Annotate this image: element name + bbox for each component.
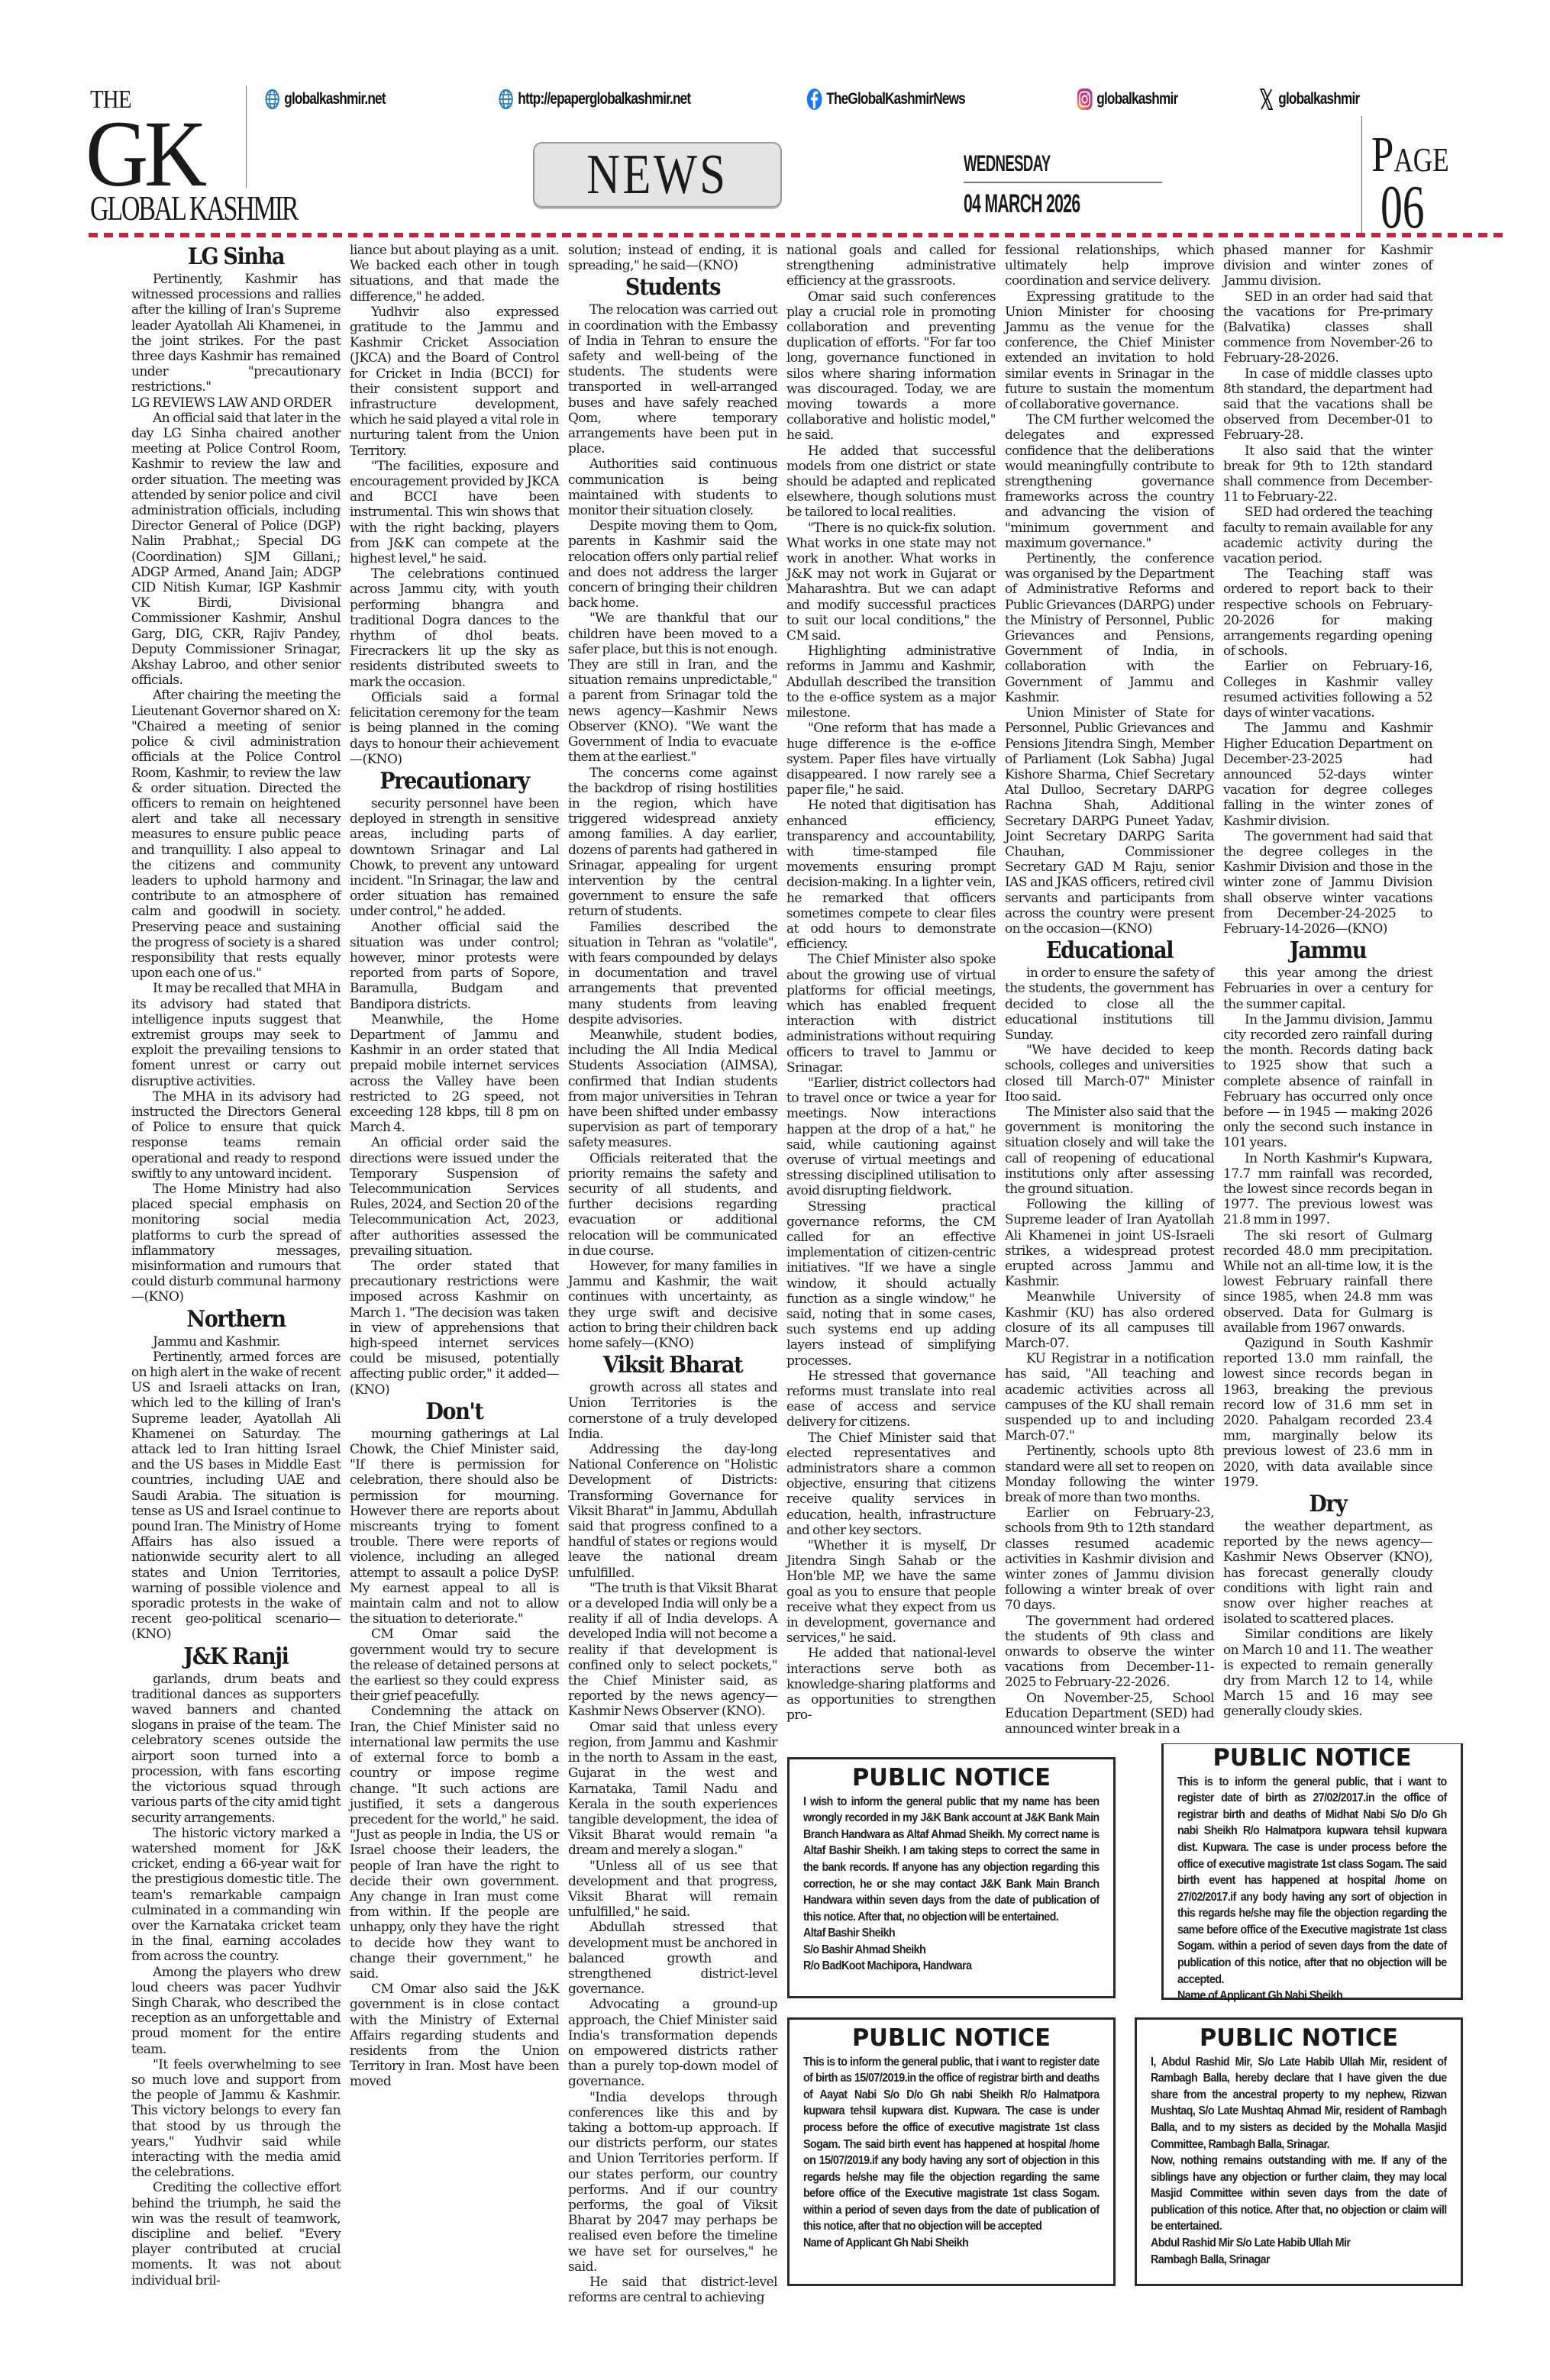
facebook-icon xyxy=(806,88,822,111)
paragraph: He said that district-level reforms are … xyxy=(568,2275,777,2305)
column-5: fessional relationships, which ultimatel… xyxy=(1005,243,1214,1737)
headline-dont: Don't xyxy=(360,1399,549,1425)
column-3: solution; instead of ending, it is sprea… xyxy=(568,243,777,2305)
paragraph: Following the killing of Supreme leader … xyxy=(1005,1197,1214,1289)
date-block: WEDNESDAY 04 MARCH 2026 xyxy=(964,151,1162,219)
facebook-link[interactable]: TheGlobalKashmirNews xyxy=(806,88,965,111)
paragraph: liance but about playing as a unit. We b… xyxy=(350,243,559,305)
x-label: globalkashmir xyxy=(1278,90,1359,108)
epaper-label: http://epaperglobalkashmir.net xyxy=(518,90,690,108)
paragraph: SED had ordered the teaching faculty to … xyxy=(1223,505,1432,566)
subhead: LG REVIEWS LAW AND ORDER xyxy=(131,395,341,411)
paragraph: The Chief Minister said that elected rep… xyxy=(786,1430,996,1538)
headline-jammu: Jammu xyxy=(1234,938,1422,964)
headline-lg-sinha: LG Sinha xyxy=(142,244,331,270)
paragraph: Union Minister of State for Personnel, P… xyxy=(1005,705,1214,937)
paragraph: solution; instead of ending, it is sprea… xyxy=(568,243,777,273)
paragraph: "The truth is that Viksit Bharat or a de… xyxy=(568,1581,777,1720)
paragraph: SED in an order had said that the vacati… xyxy=(1223,289,1432,366)
notice-signature: R/o BadKoot Machipora, Handwara xyxy=(803,1958,1100,1975)
paragraph: Stressing practical governance reforms, … xyxy=(786,1199,996,1369)
notice-signature: Rambagh Balla, Srinagar xyxy=(1151,2252,1447,2269)
paragraph: "India develops through conferences like… xyxy=(568,2090,777,2275)
paragraph: The concerns come against the backdrop o… xyxy=(568,766,777,920)
paragraph: Families described the situation in Tehr… xyxy=(568,920,777,1027)
column-1: LG Sinha Pertinently, Kashmir has witnes… xyxy=(131,243,341,2288)
paragraph: "It feels overwhelming to see so much lo… xyxy=(131,2057,341,2181)
paragraph: In the Jammu division, Jammu city record… xyxy=(1223,1012,1432,1151)
paragraph: Condemning the attack on Iran, the Chief… xyxy=(350,1704,559,1982)
paragraph: CM Omar said the government would try to… xyxy=(350,1627,559,1704)
paragraph: "The facilities, exposure and encouragem… xyxy=(350,459,559,566)
notice-body: I wish to inform the general public that… xyxy=(803,1794,1100,1926)
column-2: liance but about playing as a unit. We b… xyxy=(350,243,559,2090)
paragraph: Addressing the day-long National Confere… xyxy=(568,1442,777,1581)
paragraph: Earlier on February-23, schools from 9th… xyxy=(1005,1505,1214,1613)
section-badge: NEWS xyxy=(533,142,782,208)
paragraph: Officials reiterated that the priority r… xyxy=(568,1151,777,1259)
paragraph: The government had said that the degree … xyxy=(1223,829,1432,937)
weekday: WEDNESDAY xyxy=(964,151,1051,177)
paragraph: Pertinently, schools upto 8th standard w… xyxy=(1005,1443,1214,1505)
paragraph: Despite moving them to Qom, parents in K… xyxy=(568,518,777,611)
paragraph: this year among the driest Februaries in… xyxy=(1223,966,1432,1012)
paragraph: Omar said that unless every region, from… xyxy=(568,1720,777,1859)
paragraph: Pertinently, the conference was organise… xyxy=(1005,551,1214,705)
paragraph: Advocating a ground-up approach, the Chi… xyxy=(568,1997,777,2089)
paragraph: The Teaching staff was ordered to report… xyxy=(1223,566,1432,659)
paragraph: security personnel have been deployed in… xyxy=(350,796,559,920)
paragraph: The order stated that precautionary rest… xyxy=(350,1259,559,1398)
paragraph: However, for many families in Jammu and … xyxy=(568,1259,777,1351)
paragraph: Pertinently, armed forces are on high al… xyxy=(131,1350,341,1643)
paragraph: The Minister also said that the governme… xyxy=(1005,1105,1214,1197)
paragraph: An official said that later in the day L… xyxy=(131,411,341,689)
paragraph: "One reform that has made a huge differe… xyxy=(786,721,996,798)
section-label: NEWS xyxy=(586,147,728,203)
paragraph: Meanwhile, student bodies, including the… xyxy=(568,1027,777,1151)
notice-title: PUBLIC NOTICE xyxy=(806,2026,1096,2051)
paragraph: After chairing the meeting the Lieutenan… xyxy=(131,688,341,981)
paragraph: He noted that digitisation has enhanced … xyxy=(786,798,996,952)
paragraph: It may be recalled that MHA in its advis… xyxy=(131,981,341,1088)
notice-signature: Altaf Bashir Sheikh xyxy=(803,1925,1100,1942)
page-label: PAGE xyxy=(1371,130,1449,180)
paragraph: Pertinently, Kashmir has witnessed proce… xyxy=(131,272,341,395)
paragraph: KU Registrar in a notification has said,… xyxy=(1005,1351,1214,1443)
paragraph: fessional relationships, which ultimatel… xyxy=(1005,243,1214,289)
issue-date: 04 MARCH 2026 xyxy=(964,189,1080,219)
date-divider xyxy=(964,182,1162,183)
paragraph: "We have decided to keep schools, colleg… xyxy=(1005,1043,1214,1105)
paragraph: The CM further welcomed the delegates an… xyxy=(1005,412,1214,551)
instagram-label: globalkashmir xyxy=(1096,90,1177,108)
paragraph: Qazigund in South Kashmir reported 13.0 … xyxy=(1223,1336,1432,1490)
paragraph: Meanwhile, the Home Department of Jammu … xyxy=(350,1012,559,1136)
headline-dry: Dry xyxy=(1234,1492,1422,1517)
headline-northern: Northern xyxy=(142,1307,331,1333)
public-notice-name-correction: PUBLIC NOTICE I wish to inform the gener… xyxy=(787,1757,1116,1998)
globe-icon xyxy=(498,88,514,111)
facebook-label: TheGlobalKashmirNews xyxy=(826,90,965,108)
paragraph: Expressing gratitude to the Union Minist… xyxy=(1005,289,1214,413)
paragraph: "There is no quick-fix solution. What wo… xyxy=(786,521,996,644)
paragraph: mourning gatherings at Lal Chowk, the Ch… xyxy=(350,1427,559,1627)
column-4: national goals and called for strengthen… xyxy=(786,243,996,1724)
paragraph: "We are thankful that our children have … xyxy=(568,611,777,765)
headline-educational: Educational xyxy=(1016,938,1204,964)
masthead: THE GK GLOBAL KASHMIR globalkashmir.net … xyxy=(0,0,1550,229)
paragraph: Highlighting administrative reforms in J… xyxy=(786,643,996,721)
paragraph: Similar conditions are likely on March 1… xyxy=(1223,1627,1432,1719)
paragraph: The government had ordered the students … xyxy=(1005,1614,1214,1691)
website-link[interactable]: globalkashmir.net xyxy=(264,88,386,111)
paragraph: The celebrations continued across Jammu … xyxy=(350,566,559,690)
public-notice-property-declaration: PUBLIC NOTICE I, Abdul Rashid Mir, S/o L… xyxy=(1135,2017,1463,2286)
logo-global-kashmir: GLOBAL KASHMIR xyxy=(90,191,297,226)
notice-signature: S/o Bashir Ahmad Sheikh xyxy=(803,1942,1100,1959)
paragraph: the weather department, as reported by t… xyxy=(1223,1519,1432,1627)
paragraph: Meanwhile University of Kashmir (KU) has… xyxy=(1005,1289,1214,1351)
x-link[interactable]: globalkashmir xyxy=(1258,88,1359,111)
paragraph: Yudhvir also expressed gratitude to the … xyxy=(350,305,559,459)
page-number: 06 xyxy=(1380,177,1425,238)
website-label: globalkashmir.net xyxy=(284,90,385,108)
notice-body: I, Abdul Rashid Mir, S/o Late Habib Ulla… xyxy=(1151,2054,1447,2153)
paragraph: He added that successful models from one… xyxy=(786,443,996,521)
paragraph: in order to ensure the safety of the stu… xyxy=(1005,966,1214,1043)
paragraph: phased manner for Kashmir division and w… xyxy=(1223,243,1432,289)
logo-divider xyxy=(246,85,247,188)
paragraph: Abdullah stressed that development must … xyxy=(568,1920,777,1997)
paragraph: growth across all states and Union Terri… xyxy=(568,1380,777,1442)
paragraph: national goals and called for strengthen… xyxy=(786,243,996,289)
paragraph: "Whether it is myself, Dr Jitendra Singh… xyxy=(786,1538,996,1646)
headline-jk-ranji: J&K Ranji xyxy=(142,1644,331,1670)
paragraph: The Chief Minister also spoke about the … xyxy=(786,952,996,1076)
logo-gk: GK xyxy=(86,107,203,202)
paragraph: The MHA in its advisory had instructed t… xyxy=(131,1089,341,1182)
public-notice-birth-registration-1: PUBLIC NOTICE This is to inform the gene… xyxy=(1161,1744,1463,2000)
paragraph: garlands, drum beats and traditional dan… xyxy=(131,1672,341,1826)
paragraph: On November-25, School Education Departm… xyxy=(1005,1691,1214,1737)
instagram-link[interactable]: globalkashmir xyxy=(1077,88,1177,111)
paragraph: Earlier on February-16, Colleges in Kash… xyxy=(1223,659,1432,721)
notice-signature: Name of Applicant Gh Nabi Sheikh xyxy=(1177,1988,1447,2004)
x-icon xyxy=(1258,88,1274,111)
notice-title: PUBLIC NOTICE xyxy=(1154,2026,1444,2051)
paragraph: It also said that the winter break for 9… xyxy=(1223,443,1432,505)
epaper-link[interactable]: http://epaperglobalkashmir.net xyxy=(498,88,690,111)
column-6: phased manner for Kashmir division and w… xyxy=(1223,243,1432,1720)
paragraph: "Unless all of us see that development a… xyxy=(568,1859,777,1920)
paragraph: In case of middle classes upto 8th stand… xyxy=(1223,366,1432,443)
instagram-icon xyxy=(1077,88,1093,111)
globe-icon xyxy=(264,88,280,111)
paragraph: The Jammu and Kashmir Higher Education D… xyxy=(1223,721,1432,828)
paragraph: The ski resort of Gulmarg recorded 48.0 … xyxy=(1223,1228,1432,1336)
paragraph: He added that national-level interaction… xyxy=(786,1646,996,1723)
paragraph: CM Omar also said the J&K government is … xyxy=(350,1982,559,2089)
notice-body: This is to inform the general public, th… xyxy=(803,2054,1100,2236)
page-divider xyxy=(1361,116,1362,235)
headline-precautionary: Precautionary xyxy=(360,769,549,795)
paragraph: Jammu and Kashmir. xyxy=(131,1334,341,1350)
masthead-dashed-rule xyxy=(89,233,1506,237)
notice-title: PUBLIC NOTICE xyxy=(1180,1746,1445,1771)
notice-signature: Name of Applicant Gh Nabi Sheikh xyxy=(803,2235,1100,2252)
notice-body: Now, nothing remains outstanding with me… xyxy=(1151,2153,1447,2235)
paragraph: The historic victory marked a watershed … xyxy=(131,1826,341,1965)
notice-body: This is to inform the general public, th… xyxy=(1177,1774,1447,1988)
paragraph: Omar said such conferences play a crucia… xyxy=(786,289,996,443)
paragraph: "Earlier, district collectors had to tra… xyxy=(786,1076,996,1199)
paragraph: He stressed that governance reforms must… xyxy=(786,1369,996,1430)
headline-viksit-bharat: Viksit Bharat xyxy=(579,1353,767,1379)
headline-students: Students xyxy=(579,275,767,301)
paragraph: Another official said the situation was … xyxy=(350,920,559,1012)
paragraph: The Home Ministry had also placed specia… xyxy=(131,1182,341,1305)
paragraph: Among the players who drew loud cheers w… xyxy=(131,1965,341,2057)
public-notice-birth-registration-2: PUBLIC NOTICE This is to inform the gene… xyxy=(787,2017,1116,2286)
paragraph: Officials said a formal felicitation cer… xyxy=(350,690,559,767)
paragraph: An official order said the directions we… xyxy=(350,1135,559,1259)
paragraph: The relocation was carried out in coordi… xyxy=(568,302,777,456)
notice-title: PUBLIC NOTICE xyxy=(806,1766,1096,1791)
notice-signature: Abdul Rashid Mir S/o Late Habib Ullah Mi… xyxy=(1151,2235,1447,2252)
paragraph: Crediting the collective effort behind t… xyxy=(131,2180,341,2288)
paragraph: Authorities said continuous communicatio… xyxy=(568,456,777,518)
paragraph: In North Kashmir's Kupwara, 17.7 mm rain… xyxy=(1223,1151,1432,1228)
